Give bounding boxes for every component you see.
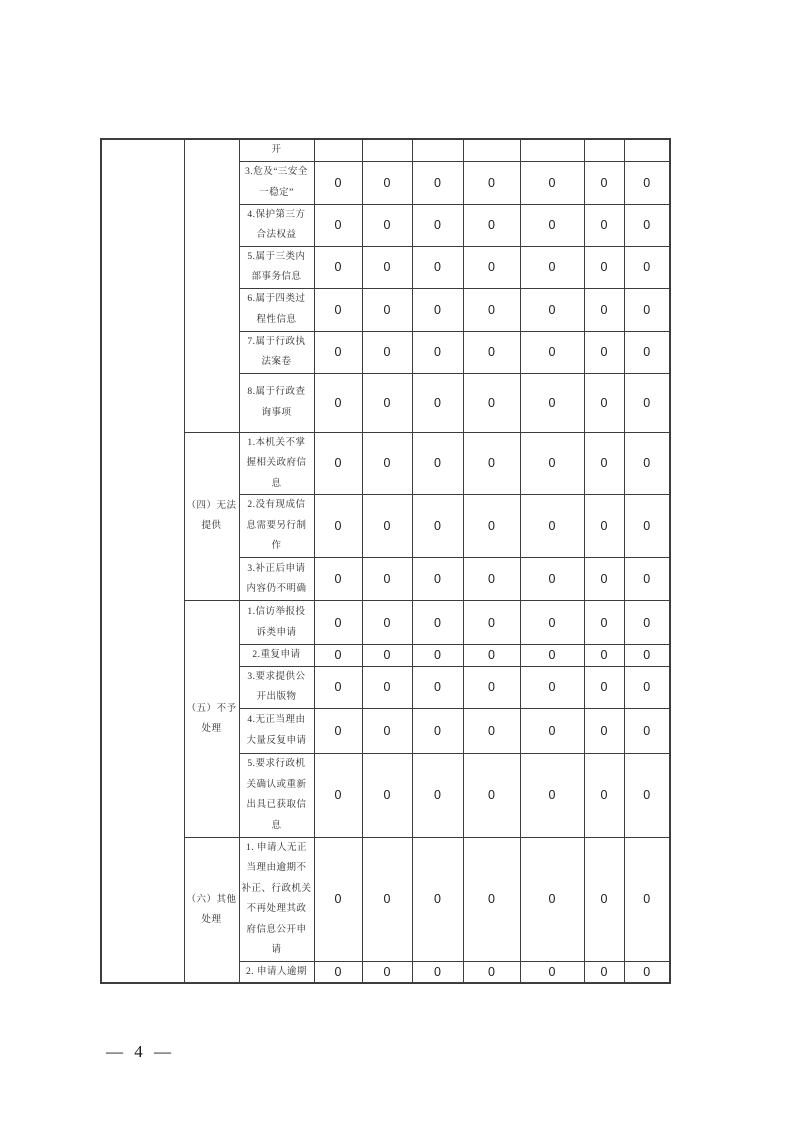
row-label-cell: 4.无正当理由大量反复申请 xyxy=(239,708,314,753)
left-span-cell xyxy=(101,139,184,983)
value-cell: 0 xyxy=(362,645,412,667)
value-cell: 0 xyxy=(314,373,362,432)
value-cell: 0 xyxy=(412,161,463,204)
row-label-cell: 6.属于四类过程性信息 xyxy=(239,288,314,331)
value-cell: 0 xyxy=(362,837,412,961)
value-cell: 0 xyxy=(624,837,670,961)
value-cell: 0 xyxy=(412,288,463,331)
value-cell: 0 xyxy=(584,666,624,708)
value-cell: 0 xyxy=(362,331,412,373)
value-cell: 0 xyxy=(412,708,463,753)
value-cell: 0 xyxy=(362,961,412,983)
report-table-body: 开3.危及“三安全一稳定”00000004.保护第三方合法权益00000005.… xyxy=(101,139,670,983)
value-cell: 0 xyxy=(463,331,520,373)
row-label-cell: 开 xyxy=(239,139,314,161)
value-cell: 0 xyxy=(314,204,362,246)
table-row: （四）无法提供1.本机关不掌握相关政府信息0000000 xyxy=(101,432,670,495)
value-cell: 0 xyxy=(314,961,362,983)
value-cell: 0 xyxy=(412,246,463,288)
value-cell: 0 xyxy=(624,432,670,495)
report-table: 开3.危及“三安全一稳定”00000004.保护第三方合法权益00000005.… xyxy=(100,138,671,984)
category-cell: （六）其他处理 xyxy=(184,837,239,983)
value-cell: 0 xyxy=(584,837,624,961)
value-cell: 0 xyxy=(624,161,670,204)
row-label-cell: 3.危及“三安全一稳定” xyxy=(239,161,314,204)
value-cell: 0 xyxy=(624,666,670,708)
value-cell: 0 xyxy=(362,753,412,837)
value-cell: 0 xyxy=(463,961,520,983)
value-cell: 0 xyxy=(463,837,520,961)
row-label-cell: 2. 申请人逾期 xyxy=(239,961,314,983)
value-cell: 0 xyxy=(362,373,412,432)
category-cell: （四）无法提供 xyxy=(184,432,239,601)
value-cell: 0 xyxy=(362,601,412,645)
value-cell: 0 xyxy=(520,161,584,204)
value-cell: 0 xyxy=(412,601,463,645)
value-cell: 0 xyxy=(362,558,412,601)
value-cell: 0 xyxy=(463,601,520,645)
value-cell: 0 xyxy=(624,645,670,667)
value-cell: 0 xyxy=(362,708,412,753)
value-cell: 0 xyxy=(412,753,463,837)
value-cell: 0 xyxy=(314,601,362,645)
value-cell: 0 xyxy=(314,331,362,373)
value-cell: 0 xyxy=(362,666,412,708)
value-cell: 0 xyxy=(624,558,670,601)
value-cell: 0 xyxy=(412,495,463,558)
value-cell: 0 xyxy=(584,373,624,432)
document-page: { "page": { "number_label": "— 4 —" }, "… xyxy=(0,0,793,1122)
value-cell: 0 xyxy=(520,601,584,645)
value-cell: 0 xyxy=(463,204,520,246)
value-cell xyxy=(624,139,670,161)
value-cell: 0 xyxy=(412,204,463,246)
value-cell: 0 xyxy=(624,708,670,753)
value-cell: 0 xyxy=(314,558,362,601)
value-cell: 0 xyxy=(520,708,584,753)
value-cell: 0 xyxy=(624,373,670,432)
value-cell: 0 xyxy=(463,246,520,288)
row-label-cell: 1.信访举报投诉类申请 xyxy=(239,601,314,645)
value-cell: 0 xyxy=(314,161,362,204)
row-label-cell: 1. 申请人无正当理由逾期不补正、行政机关不再处理其政府信息公开申请 xyxy=(239,837,314,961)
value-cell: 0 xyxy=(584,753,624,837)
value-cell: 0 xyxy=(362,495,412,558)
value-cell: 0 xyxy=(412,331,463,373)
value-cell: 0 xyxy=(520,753,584,837)
page-number: — 4 — xyxy=(106,1042,171,1062)
value-cell: 0 xyxy=(520,961,584,983)
value-cell: 0 xyxy=(624,495,670,558)
value-cell: 0 xyxy=(584,601,624,645)
value-cell: 0 xyxy=(624,331,670,373)
value-cell: 0 xyxy=(584,161,624,204)
value-cell: 0 xyxy=(463,432,520,495)
value-cell: 0 xyxy=(584,558,624,601)
value-cell: 0 xyxy=(412,645,463,667)
value-cell: 0 xyxy=(314,753,362,837)
value-cell: 0 xyxy=(584,645,624,667)
value-cell: 0 xyxy=(520,331,584,373)
value-cell: 0 xyxy=(463,558,520,601)
category-cell: （五）不予处理 xyxy=(184,601,239,838)
value-cell xyxy=(520,139,584,161)
value-cell: 0 xyxy=(463,753,520,837)
value-cell: 0 xyxy=(624,753,670,837)
value-cell: 0 xyxy=(362,204,412,246)
value-cell: 0 xyxy=(412,961,463,983)
value-cell: 0 xyxy=(584,288,624,331)
value-cell xyxy=(584,139,624,161)
value-cell: 0 xyxy=(520,432,584,495)
value-cell: 0 xyxy=(314,432,362,495)
value-cell: 0 xyxy=(463,495,520,558)
table-row: （五）不予处理1.信访举报投诉类申请0000000 xyxy=(101,601,670,645)
value-cell: 0 xyxy=(520,246,584,288)
value-cell: 0 xyxy=(520,495,584,558)
value-cell: 0 xyxy=(584,204,624,246)
value-cell xyxy=(314,139,362,161)
row-label-cell: 2.没有现成信息需要另行制作 xyxy=(239,495,314,558)
value-cell: 0 xyxy=(314,495,362,558)
value-cell: 0 xyxy=(314,708,362,753)
value-cell: 0 xyxy=(520,204,584,246)
table-row: （六）其他处理1. 申请人无正当理由逾期不补正、行政机关不再处理其政府信息公开申… xyxy=(101,837,670,961)
row-label-cell: 3.要求提供公开出版物 xyxy=(239,666,314,708)
value-cell xyxy=(362,139,412,161)
value-cell: 0 xyxy=(624,204,670,246)
value-cell: 0 xyxy=(463,645,520,667)
value-cell: 0 xyxy=(624,288,670,331)
value-cell: 0 xyxy=(463,666,520,708)
row-label-cell: 7.属于行政执法案卷 xyxy=(239,331,314,373)
category-cell xyxy=(184,139,239,432)
value-cell: 0 xyxy=(362,288,412,331)
value-cell: 0 xyxy=(412,837,463,961)
value-cell xyxy=(412,139,463,161)
value-cell: 0 xyxy=(362,432,412,495)
value-cell: 0 xyxy=(520,837,584,961)
value-cell: 0 xyxy=(412,432,463,495)
value-cell: 0 xyxy=(584,708,624,753)
value-cell: 0 xyxy=(624,601,670,645)
value-cell: 0 xyxy=(362,246,412,288)
value-cell: 0 xyxy=(463,373,520,432)
value-cell: 0 xyxy=(584,961,624,983)
row-label-cell: 4.保护第三方合法权益 xyxy=(239,204,314,246)
value-cell: 0 xyxy=(314,837,362,961)
value-cell: 0 xyxy=(314,288,362,331)
value-cell: 0 xyxy=(412,373,463,432)
value-cell: 0 xyxy=(463,161,520,204)
value-cell: 0 xyxy=(463,708,520,753)
value-cell: 0 xyxy=(584,246,624,288)
value-cell: 0 xyxy=(584,432,624,495)
value-cell: 0 xyxy=(624,246,670,288)
value-cell: 0 xyxy=(520,288,584,331)
value-cell: 0 xyxy=(463,288,520,331)
value-cell: 0 xyxy=(314,645,362,667)
value-cell: 0 xyxy=(412,666,463,708)
value-cell: 0 xyxy=(520,558,584,601)
row-label-cell: 5.要求行政机关确认或重新出具已获取信息 xyxy=(239,753,314,837)
value-cell: 0 xyxy=(584,495,624,558)
row-label-cell: 3.补正后申请内容仍不明确 xyxy=(239,558,314,601)
table-row: 开 xyxy=(101,139,670,161)
value-cell: 0 xyxy=(362,161,412,204)
value-cell: 0 xyxy=(584,331,624,373)
value-cell: 0 xyxy=(520,666,584,708)
value-cell: 0 xyxy=(412,558,463,601)
value-cell: 0 xyxy=(624,961,670,983)
value-cell xyxy=(463,139,520,161)
value-cell: 0 xyxy=(314,246,362,288)
value-cell: 0 xyxy=(520,373,584,432)
row-label-cell: 2.重复申请 xyxy=(239,645,314,667)
value-cell: 0 xyxy=(314,666,362,708)
value-cell: 0 xyxy=(520,645,584,667)
row-label-cell: 1.本机关不掌握相关政府信息 xyxy=(239,432,314,495)
row-label-cell: 8.属于行政查询事项 xyxy=(239,373,314,432)
row-label-cell: 5.属于三类内部事务信息 xyxy=(239,246,314,288)
